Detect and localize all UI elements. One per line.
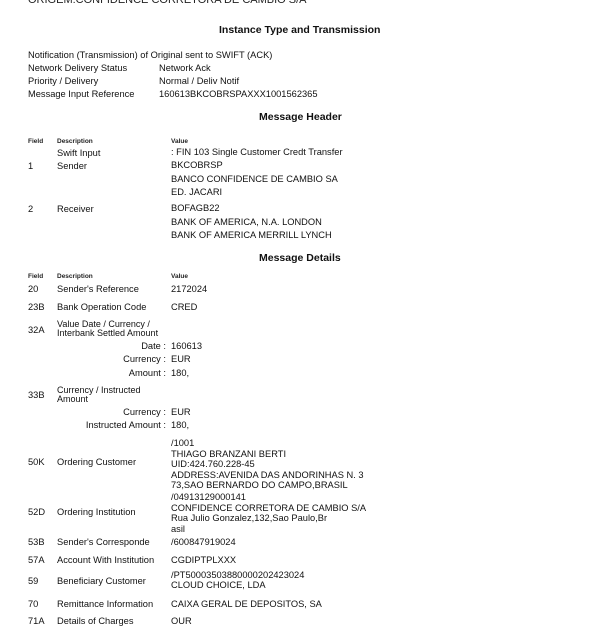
field-32a-label: Value Date / Currency / Interbank Settle…: [57, 320, 158, 338]
col-description: Description: [57, 138, 93, 145]
mir-label: Message Input Reference: [28, 88, 134, 101]
field-53b-value: /600847919024: [171, 537, 236, 548]
section-title-instance: Instance Type and Transmission: [219, 24, 380, 36]
network-delivery-value: Network Ack: [159, 62, 211, 75]
col-value-2: Value: [171, 273, 188, 280]
receiver-value: BOFAGB22 BANK OF AMERICA, N.A. LONDON BA…: [171, 202, 332, 243]
field-33b-currency-label: Currency :: [123, 407, 166, 417]
field-20-value: 2172024: [171, 284, 207, 295]
notification-text: Notification (Transmission) of Original …: [28, 49, 272, 62]
field-59-value: /PT50003503880000202423024 CLOUD CHOICE,…: [171, 571, 304, 590]
priority-label: Priority / Delivery: [28, 75, 98, 88]
col-field-2: Field: [28, 273, 43, 280]
section-title-details: Message Details: [259, 252, 341, 264]
field-57a: 57A: [28, 555, 45, 565]
field-59-label: Beneficiary Customer: [57, 576, 146, 586]
col-description-2: Description: [57, 273, 93, 280]
field-70: 70: [28, 599, 38, 609]
field-23b-label: Bank Operation Code: [57, 302, 146, 312]
field-57a-value: CGDIPTPLXXX: [171, 555, 236, 566]
field-52d-label: Ordering Institution: [57, 507, 136, 517]
col-field: Field: [28, 138, 43, 145]
field-57a-label: Account With Institution: [57, 555, 154, 565]
field-71a: 71A: [28, 616, 45, 626]
sender-label: Sender: [57, 161, 87, 171]
field-32a-currency-label: Currency :: [123, 354, 166, 364]
field-71a-value: OUR: [171, 616, 192, 627]
field-53b-label: Sender's Corresponde: [57, 537, 150, 547]
field-53b: 53B: [28, 537, 45, 547]
field-70-label: Remittance Information: [57, 599, 153, 609]
sender-field: 1: [28, 161, 33, 171]
network-delivery-label: Network Delivery Status: [28, 62, 127, 75]
field-20-label: Sender's Reference: [57, 284, 139, 294]
field-50k: 50K: [28, 457, 45, 467]
field-59: 59: [28, 576, 38, 586]
field-52d-value: /04913129000141 CONFIDENCE CORRETORA DE …: [171, 492, 366, 534]
field-33b-amount: 180,: [171, 420, 189, 430]
priority-value: Normal / Deliv Notif: [159, 75, 239, 88]
field-52d: 52D: [28, 507, 45, 517]
field-23b: 23B: [28, 302, 45, 312]
field-70-value: CAIXA GERAL DE DEPOSITOS, SA: [171, 599, 322, 610]
receiver-label: Receiver: [57, 204, 94, 214]
field-33b: 33B: [28, 390, 45, 400]
field-50k-label: Ordering Customer: [57, 457, 136, 467]
mir-value: 160613BKCOBRSPAXXX1001562365: [159, 88, 318, 101]
field-32a-amount: 180,: [171, 368, 189, 378]
swift-input-value: : FIN 103 Single Customer Credt Transfer: [171, 146, 343, 159]
field-32a-date-label: Date :: [141, 341, 166, 351]
field-33b-label: Currency / Instructed Amount: [57, 386, 141, 404]
origin-line-cut: ORIGEM:CONFIDENCE CORRETORA DE CAMBIO S/…: [28, 0, 307, 6]
field-33b-amount-label: Instructed Amount :: [86, 420, 166, 430]
field-32a: 32A: [28, 325, 45, 335]
field-50k-value: /1001 THIAGO BRANZANI BERTI UID:424.760.…: [171, 438, 364, 491]
field-32a-date: 160613: [171, 341, 202, 351]
col-value: Value: [171, 138, 188, 145]
swift-input-label: Swift Input: [57, 148, 100, 158]
field-33b-currency: EUR: [171, 407, 191, 417]
field-32a-currency: EUR: [171, 354, 191, 364]
field-20: 20: [28, 284, 38, 294]
section-title-header: Message Header: [259, 111, 342, 123]
sender-value: BKCOBRSP BANCO CONFIDENCE DE CAMBIO SA E…: [171, 159, 338, 200]
field-71a-label: Details of Charges: [57, 616, 133, 626]
receiver-field: 2: [28, 204, 33, 214]
field-32a-amount-label: Amount :: [129, 368, 166, 378]
field-23b-value: CRED: [171, 302, 197, 313]
